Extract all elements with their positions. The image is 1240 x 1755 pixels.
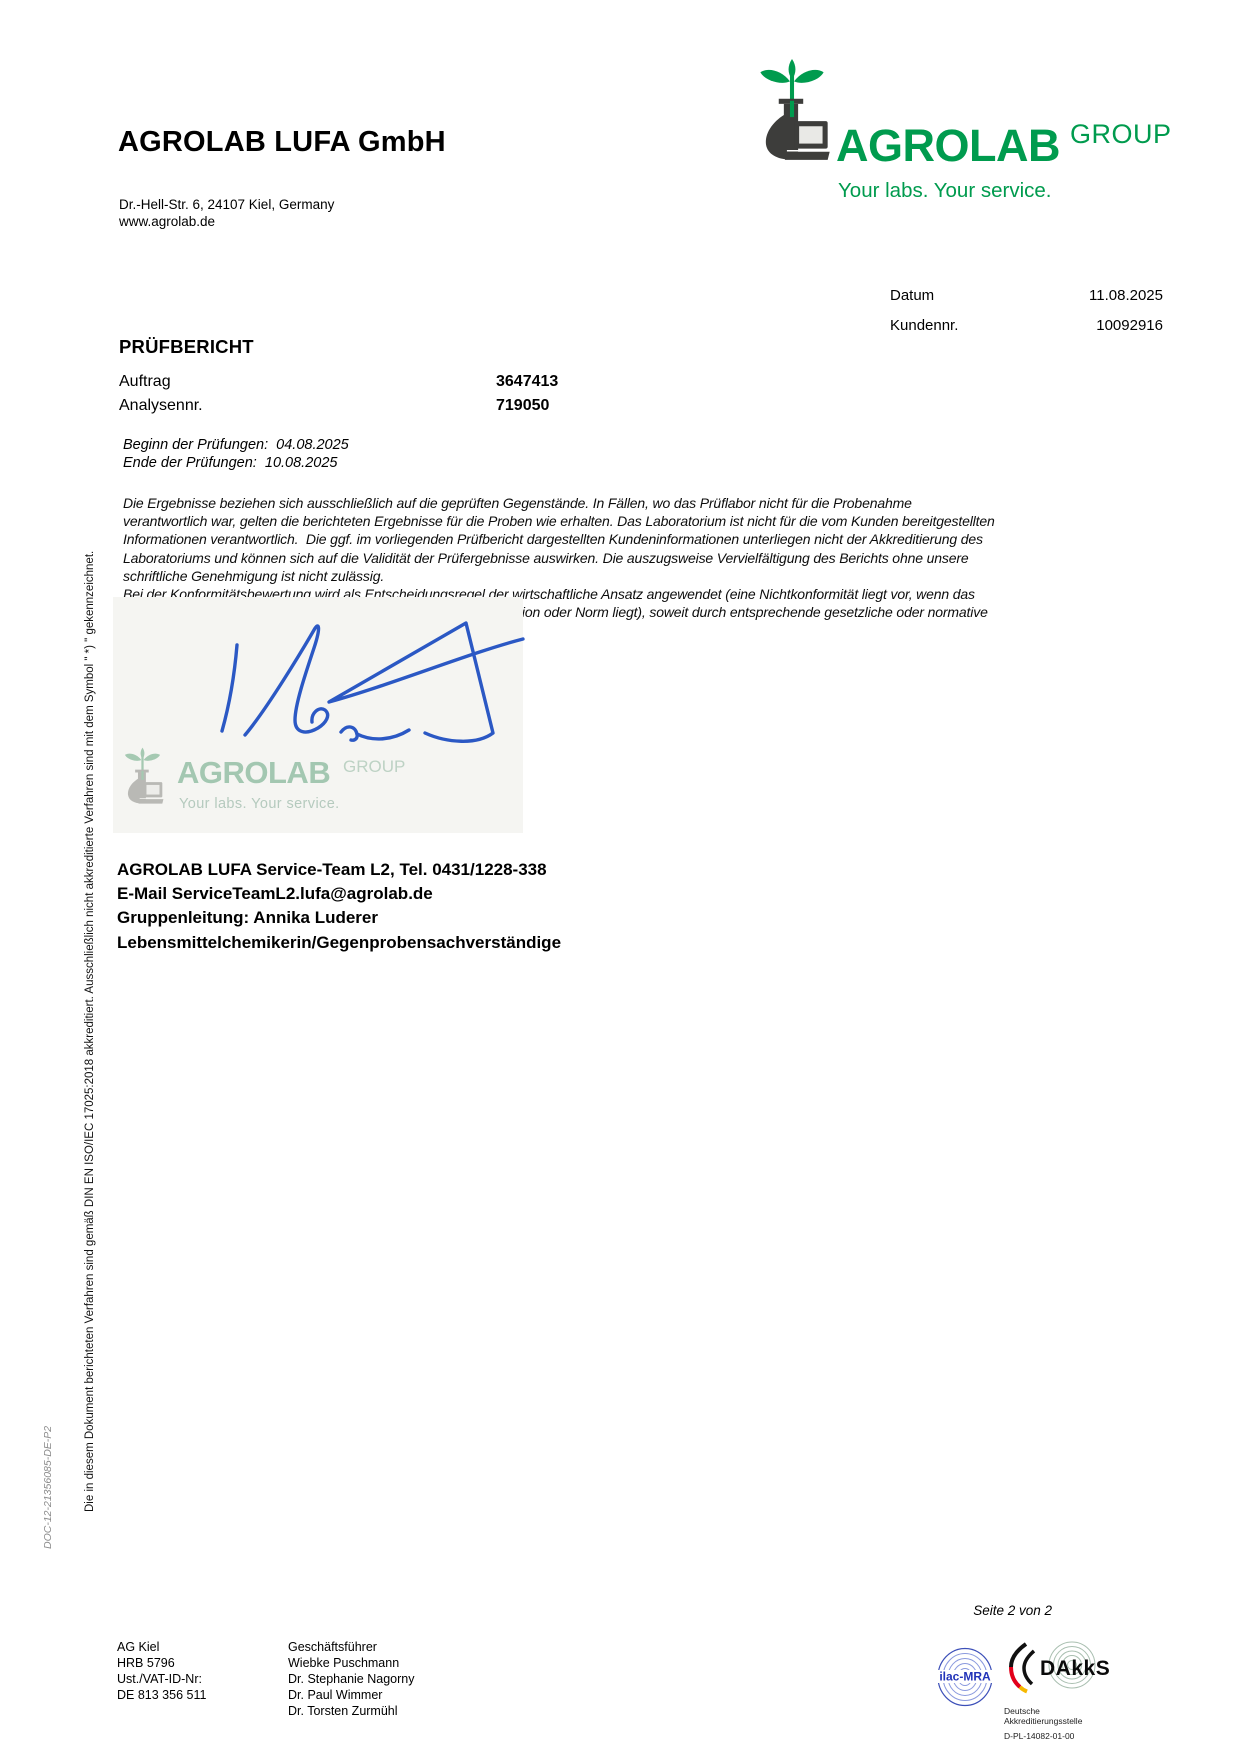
- logo-tagline: Your labs. Your service.: [838, 179, 1052, 203]
- dakks-accreditation-id: D-PL-14082-01-00: [1004, 1731, 1074, 1741]
- doc-number: DOC-12-21356085-DE-P2: [42, 1389, 54, 1549]
- dakks-logo: DAkkS: [996, 1641, 1110, 1703]
- page-number: Seite 2 von 2: [940, 1603, 1052, 1618]
- footer-management-title: Geschäftsführer: [288, 1639, 414, 1655]
- footer-registry-line: Ust./VAT-ID-Nr:: [117, 1671, 206, 1687]
- pruefung-beginn: Beginn der Prüfungen: 04.08.2025: [123, 437, 349, 453]
- report-title: PRÜFBERICHT: [119, 336, 254, 358]
- document-page: Die in diesem Dokument berichteten Verfa…: [0, 0, 1240, 1755]
- dakks-label: DAkkS: [1040, 1657, 1110, 1680]
- ilac-mra-logo: ilac-MRA: [936, 1647, 994, 1707]
- disclaimer-line: schriftliche Genehmigung ist nicht zuläs…: [123, 567, 995, 585]
- dakks-subtitle-line: Akkreditierungsstelle: [1004, 1716, 1082, 1726]
- company-address: Dr.-Hell-Str. 6, 24107 Kiel, Germany www…: [119, 197, 334, 230]
- disclaimer-line: Laboratoriums und können sich auf die Va…: [123, 549, 995, 567]
- logo-brand-text: AGROLAB: [836, 120, 1060, 172]
- footer-management-name: Wiebke Puschmann: [288, 1655, 414, 1671]
- contact-title-line: Lebensmittelchemikerin/Gegenprobensachve…: [117, 931, 561, 955]
- datum-value: 11.08.2025: [975, 287, 1163, 304]
- dakks-subtitle: Deutsche Akkreditierungsstelle: [1004, 1706, 1082, 1726]
- disclaimer-line: Die Ergebnisse beziehen sich ausschließl…: [123, 494, 995, 512]
- contact-leader-line: Gruppenleitung: Annika Luderer: [117, 906, 561, 930]
- contact-block: AGROLAB LUFA Service-Team L2, Tel. 0431/…: [117, 858, 561, 955]
- footer-management-name: Dr. Paul Wimmer: [288, 1687, 414, 1703]
- footer-registry: AG Kiel HRB 5796 Ust./VAT-ID-Nr: DE 813 …: [117, 1639, 206, 1703]
- accreditation-note: Die in diesem Dokument berichteten Verfa…: [84, 512, 96, 1512]
- company-name: AGROLAB LUFA GmbH: [118, 126, 446, 159]
- watermark-tagline: Your labs. Your service.: [179, 796, 340, 812]
- dakks-subtitle-line: Deutsche: [1004, 1706, 1082, 1716]
- disclaimer-paragraph-1: Die Ergebnisse beziehen sich ausschließl…: [123, 494, 995, 585]
- analysennr-value: 719050: [496, 397, 549, 415]
- pruefung-ende: Ende der Prüfungen: 10.08.2025: [123, 455, 337, 471]
- footer-management: Geschäftsführer Wiebke Puschmann Dr. Ste…: [288, 1639, 414, 1719]
- disclaimer-line: verantwortlich war, gelten die berichtet…: [123, 512, 995, 530]
- handwritten-signature: [125, 603, 525, 763]
- address-line: Dr.-Hell-Str. 6, 24107 Kiel, Germany: [119, 197, 334, 214]
- auftrag-value: 3647413: [496, 373, 558, 391]
- plant-flask-laptop-icon: [753, 58, 831, 166]
- contact-email-line: E-Mail ServiceTeamL2.lufa@agrolab.de: [117, 882, 561, 906]
- footer-registry-line: AG Kiel: [117, 1639, 206, 1655]
- auftrag-label: Auftrag: [119, 373, 171, 391]
- datum-label: Datum: [890, 287, 934, 304]
- ilac-mra-label: ilac-MRA: [939, 1670, 991, 1684]
- contact-team-line: AGROLAB LUFA Service-Team L2, Tel. 0431/…: [117, 858, 561, 882]
- logo-group-text: GROUP: [1070, 119, 1172, 150]
- footer-management-name: Dr. Stephanie Nagorny: [288, 1671, 414, 1687]
- footer-registry-line: HRB 5796: [117, 1655, 206, 1671]
- signature-block: AGROLAB GROUP Your labs. Your service.: [113, 597, 523, 833]
- disclaimer-line: Informationen verantwortlich. Die ggf. i…: [123, 530, 995, 548]
- analysennr-label: Analysennr.: [119, 397, 203, 415]
- kundennr-value: 10092916: [975, 317, 1163, 334]
- footer-registry-line: DE 813 356 511: [117, 1687, 206, 1703]
- kundennr-label: Kundennr.: [890, 317, 958, 334]
- footer-management-name: Dr. Torsten Zurmühl: [288, 1703, 414, 1719]
- company-website: www.agrolab.de: [119, 214, 334, 231]
